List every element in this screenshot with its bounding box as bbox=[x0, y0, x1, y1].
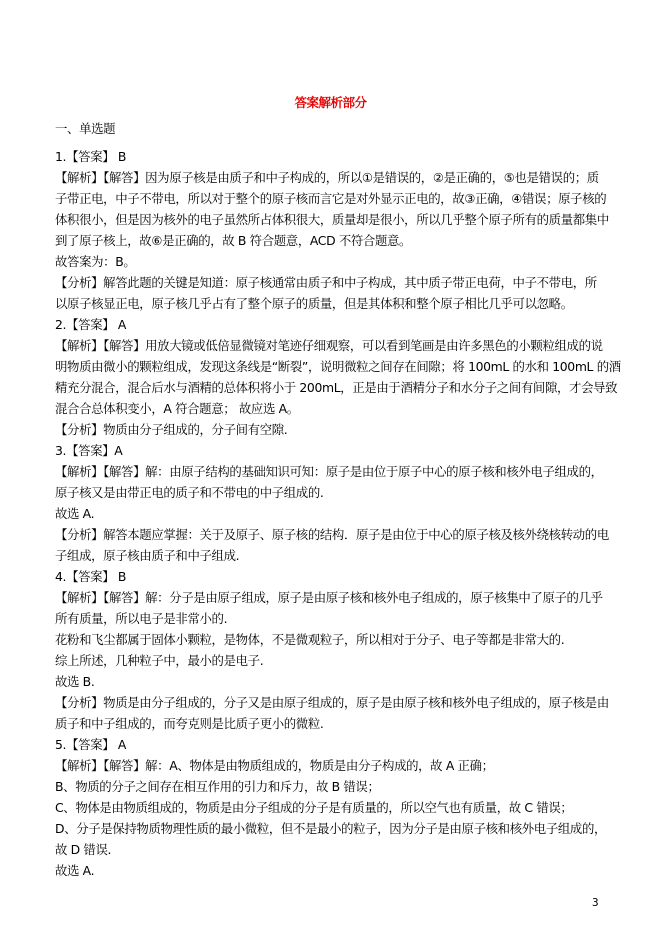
analysis-line: C、物体是由物质组成的，物质是由分子组成的分子是有质量的，所以空气也有质量，故 … bbox=[55, 798, 572, 818]
document-page: 答案解析部分 一、单选题 1.【答案】 B 【解析】【解答】因为原子核是由质子和… bbox=[0, 0, 661, 936]
answer-line: 2.【答案】 A bbox=[55, 315, 126, 335]
page-title: 答案解析部分 bbox=[0, 93, 661, 111]
analysis-line: 故 D 错误. bbox=[55, 840, 111, 860]
answer-line: 5.【答案】 A bbox=[55, 735, 126, 755]
analysis-line: 【解析】【解答】解：分子是由原子组成，原子是由原子核和核外电子组成的，原子核集中… bbox=[55, 588, 603, 608]
conclusion-line: 故选 B. bbox=[55, 672, 94, 692]
analysis-line: B、物质的分子之间存在相互作用的引力和斥力，故 B 错误； bbox=[55, 777, 380, 797]
conclusion-line: 故选 A. bbox=[55, 504, 94, 524]
analysis-line: 【解析】【解答】解：由原子结构的基础知识可知：原子是由位于原子中心的原子核和核外… bbox=[55, 462, 603, 482]
analysis-line: 【解析】【解答】用放大镜或低倍显微镜对笔迹仔细观察，可以看到笔画是由许多黑色的小… bbox=[55, 336, 603, 356]
answer-line: 4.【答案】 B bbox=[55, 567, 126, 587]
analysis-line: 所有质量，所以电子是非常小的. bbox=[55, 609, 227, 629]
analysis-line: D、分子是保持物质物理性质的最小微粒，但不是最小的粒子，因为分子是由原子核和核外… bbox=[55, 819, 606, 839]
analysis-line: 【解析】【解答】解：A、物体是由物质组成的，物质是由分子构成的，故 A 正确； bbox=[55, 756, 494, 776]
answer-line: 3.【答案】A bbox=[55, 441, 122, 461]
analysis-line: 【分析】物质是由分子组成的，分子又是由原子组成的，原子是由原子核和核外电子组成的… bbox=[55, 693, 609, 713]
analysis-line: 质子和中子组成的，而夸克则是比质子更小的微粒. bbox=[55, 714, 323, 734]
section-heading: 一、单选题 bbox=[55, 119, 115, 139]
conclusion-line: 故选 A. bbox=[55, 861, 94, 881]
analysis-line: 原子核又是由带正电的质子和不带电的中子组成的. bbox=[55, 483, 323, 503]
analysis-line: 【解析】【解答】因为原子核是由质子和中子构成的，所以①是错误的，②是正确的，⑤也… bbox=[55, 168, 599, 188]
analysis-line: 以原子核显正电，原子核几乎占有了整个原子的质量，但是其体积和整个原子相比几乎可以… bbox=[55, 294, 573, 314]
page-number: 3 bbox=[592, 896, 599, 909]
analysis-line: 精充分混合，混合后水与酒精的总体积将小于 200mL，正是由于酒精分子和水分子之… bbox=[55, 378, 617, 398]
analysis-line: 混合合总体积变小，A 符合题意； 故应选 A。 bbox=[55, 399, 299, 419]
analysis-line: 体积很小，但是因为核外的电子虽然所占体积很大，质量却是很小，所以几乎整个原子所有… bbox=[55, 210, 609, 230]
analysis-line: 明物质由微小的颗粒组成，发现这条线是“断裂”，说明微粒之间存在间隙；将 100m… bbox=[55, 357, 621, 377]
analysis-line: 花粉和飞尘都属于固体小颗粒，是物体，不是微观粒子，所以相对于分子、电子等都是非常… bbox=[55, 630, 564, 650]
analysis-line: 综上所述，几种粒子中，最小的是电子. bbox=[55, 651, 263, 671]
analysis-line: 【分析】解答此题的关键是知道：原子核通常由质子和中子构成，其中质子带正电荷，中子… bbox=[55, 273, 597, 293]
analysis-line: 【分析】解答本题应掌握：关于及原子、原子核的结构．原子是由位于中心的原子核及核外… bbox=[55, 525, 609, 545]
analysis-line: 子带正电，中子不带电，所以对于整个的原子核而言它是对外显示正电的，故③正确，④错… bbox=[55, 189, 606, 209]
analysis-line: 【分析】物质由分子组成的，分子间有空隙. bbox=[55, 420, 287, 440]
analysis-line: 到了原子核上，故⑥是正确的，故 B 符合题意，ACD 不符合题意。 bbox=[55, 231, 411, 251]
analysis-line: 子组成，原子核由质子和中子组成. bbox=[55, 546, 239, 566]
answer-line: 1.【答案】 B bbox=[55, 147, 126, 167]
conclusion-line: 故答案为：B。 bbox=[55, 252, 135, 272]
